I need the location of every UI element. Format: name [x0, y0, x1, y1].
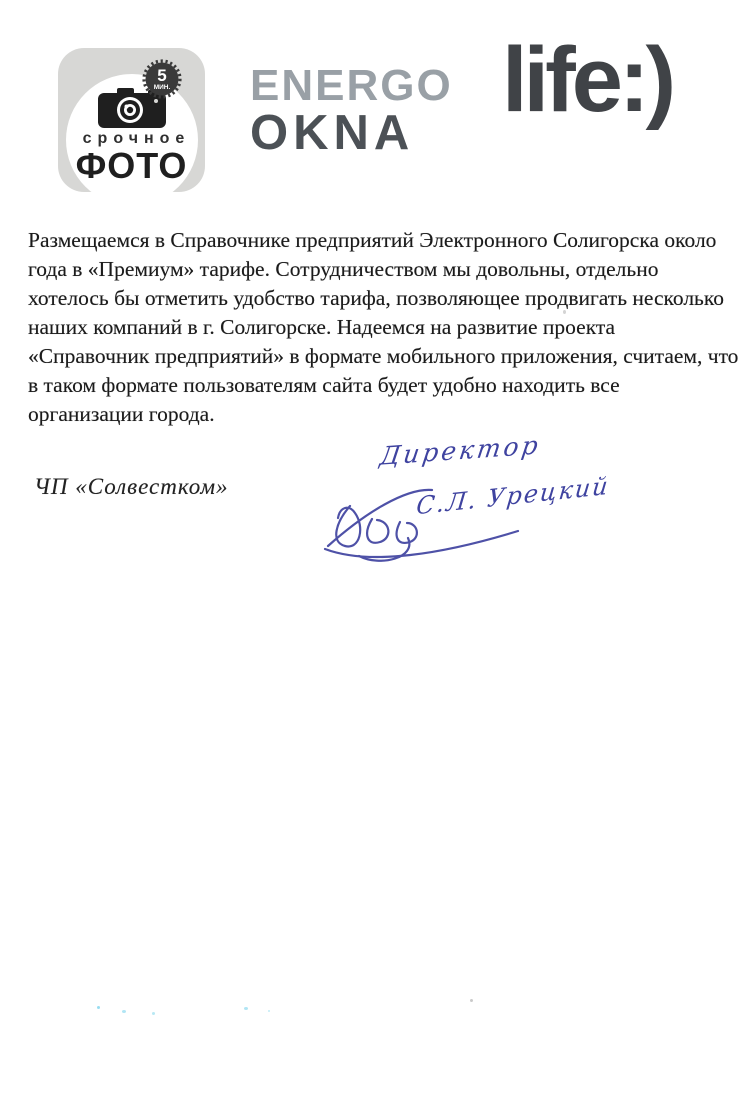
signature-block: Директор С.Л. Урецкий: [318, 432, 628, 572]
badge-unit: МИН.: [154, 84, 171, 91]
energo-logo-line2: OKNA: [250, 109, 453, 158]
srochnoe-foto-logo: срочное ФОТО 5 МИН.: [58, 48, 205, 192]
body-line: Размещаемся в Справочнике предприятий Эл…: [28, 226, 738, 255]
energo-logo-line1: ENERGO: [250, 64, 453, 108]
energo-okna-logo: ENERGO OKNA: [250, 64, 453, 158]
company-name: ЧП «Солвестком»: [34, 474, 229, 500]
scan-speck: [244, 1007, 248, 1010]
scan-speck: [152, 1012, 155, 1015]
scan-speck: [563, 310, 566, 314]
scanned-letter-page: срочное ФОТО 5 МИН. ENERGO OKNA life:) Р…: [0, 0, 750, 1100]
scan-speck: [470, 999, 473, 1002]
body-line: года в «Премиум» тарифе. Сотрудничеством…: [28, 255, 738, 284]
letter-body: Размещаемся в Справочнике предприятий Эл…: [28, 226, 738, 429]
badge-value: 5: [157, 66, 166, 85]
scan-speck: [122, 1010, 126, 1013]
life-logo: life:): [502, 34, 672, 126]
body-line: наших компаний в г. Солигорске. Надеемся…: [28, 313, 738, 342]
body-line: хотелось бы отметить удобство тарифа, по…: [28, 284, 738, 313]
scan-speck: [268, 1010, 270, 1012]
body-line: «Справочник предприятий» в формате мобил…: [28, 342, 738, 371]
scan-speck: [97, 1006, 100, 1009]
photo-logo-word-bottom: ФОТО: [58, 145, 205, 187]
body-line: организации города.: [28, 400, 738, 429]
five-minutes-badge: 5 МИН.: [141, 58, 183, 100]
body-line: в таком формате пользователям сайта буде…: [28, 371, 738, 400]
